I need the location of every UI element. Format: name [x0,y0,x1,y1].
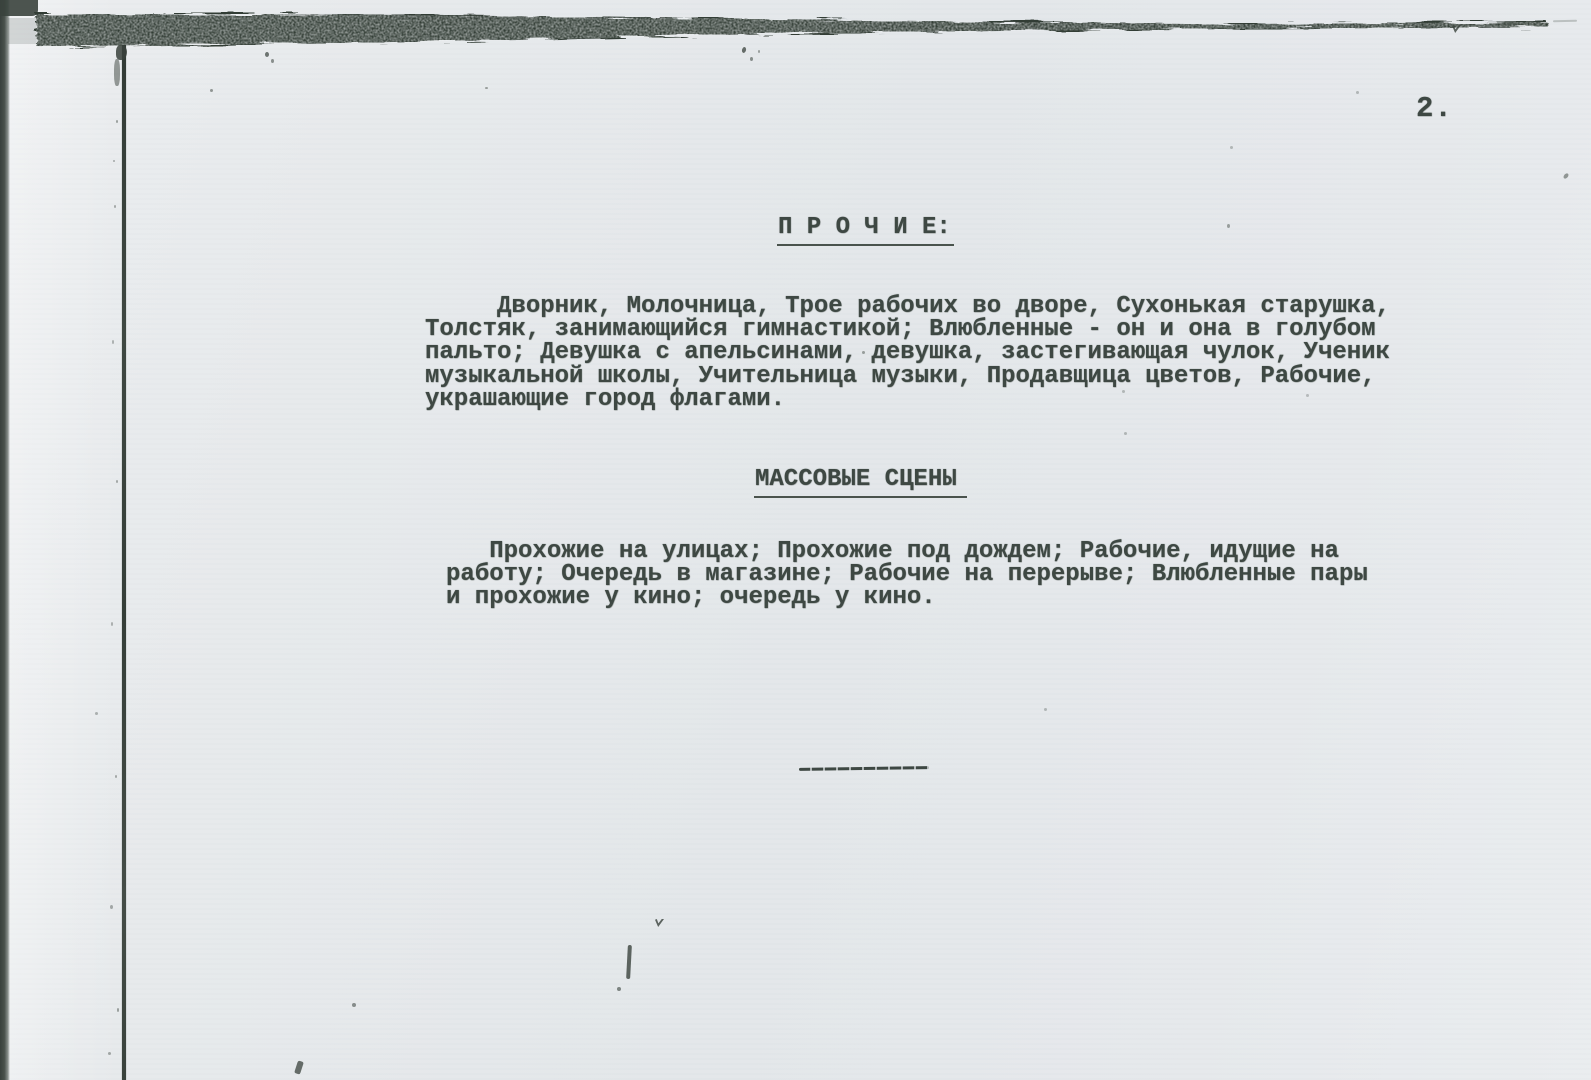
ink-speck [626,945,632,979]
ink-speck [1306,394,1309,397]
ink-speck [1044,708,1047,711]
ink-speck [1490,23,1516,25]
scanned-document-page: 2. П Р О Ч И Е: Дворник, Молочница, Трое… [0,0,1591,1080]
ink-speck [750,57,753,61]
ink-speck [741,47,746,54]
scan-artifact-top-band [0,0,1591,64]
ink-speck [758,50,760,53]
ink-speck [1553,20,1577,22]
ink-speck [95,712,98,715]
scan-edge-left [0,0,10,1080]
ink-speck [352,1003,356,1007]
ink-speck [117,1008,119,1012]
section-body-prochie: Дворник, Молочница, Трое рабочих во двор… [425,295,1415,411]
ink-speck [1122,390,1125,393]
ink-speck [115,775,117,778]
scan-corner-smudge [0,0,38,16]
ink-speck [111,622,113,626]
ink-speck [112,340,114,344]
ink-speck [108,1052,111,1055]
ink-speck [617,987,621,991]
ink-speck [1356,91,1359,94]
section-heading-massovye-sceny: МАССОВЫЕ СЦЕНЫ [754,467,967,498]
ink-speck [110,905,113,909]
ink-speck [1230,146,1233,149]
ink-speck [265,52,269,57]
section-body-massovye-sceny: Прохожие на улицах; Прохожие под дождем;… [446,540,1436,610]
ink-speck [1452,25,1461,33]
ink-speck [294,1060,304,1074]
ink-speck [271,59,274,63]
ink-speck [485,87,488,89]
ink-speck [862,351,865,354]
ink-speck [210,89,213,92]
ink-speck [1563,172,1570,179]
ink-speck [113,160,115,162]
ink-speck [1227,224,1230,228]
page-number: 2. [1416,94,1453,123]
ink-blob [114,59,120,86]
ink-speck [116,480,118,483]
divider-line [799,766,929,771]
ink-speck [655,919,664,927]
ink-speck [1124,432,1127,435]
section-heading-prochie: П Р О Ч И Е: [777,215,954,246]
page-fold-line [122,45,126,1080]
ink-speck [114,205,116,208]
ink-speck [116,120,118,123]
